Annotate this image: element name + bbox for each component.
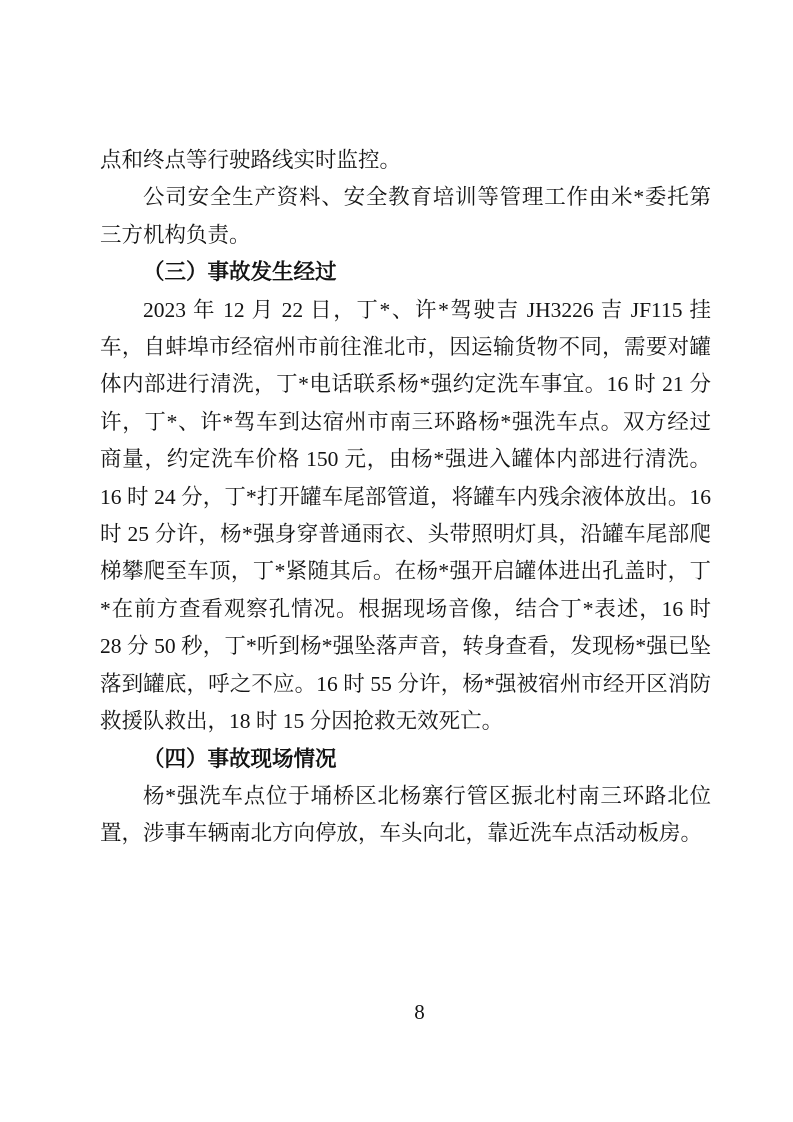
paragraph: 2023 年 12 月 22 日，丁*、许*驾驶吉 JH3226 吉 JF115… [100, 292, 711, 741]
paragraph: 杨*强洗车点位于埇桥区北杨寨行管区振北村南三环路北位置，涉事车辆南北方向停放，车… [100, 778, 711, 853]
document-body: 点和终点等行驶路线实时监控。 公司安全生产资料、安全教育培训等管理工作由米*委托… [100, 142, 711, 853]
section-heading-3: （三）事故发生经过 [100, 254, 711, 291]
document-page: 点和终点等行驶路线实时监控。 公司安全生产资料、安全教育培训等管理工作由米*委托… [0, 0, 793, 1122]
paragraph: 公司安全生产资料、安全教育培训等管理工作由米*委托第三方机构负责。 [100, 179, 711, 254]
section-heading-4: （四）事故现场情况 [100, 741, 711, 778]
page-number: 8 [0, 997, 793, 1027]
paragraph-continued: 点和终点等行驶路线实时监控。 [100, 142, 711, 179]
